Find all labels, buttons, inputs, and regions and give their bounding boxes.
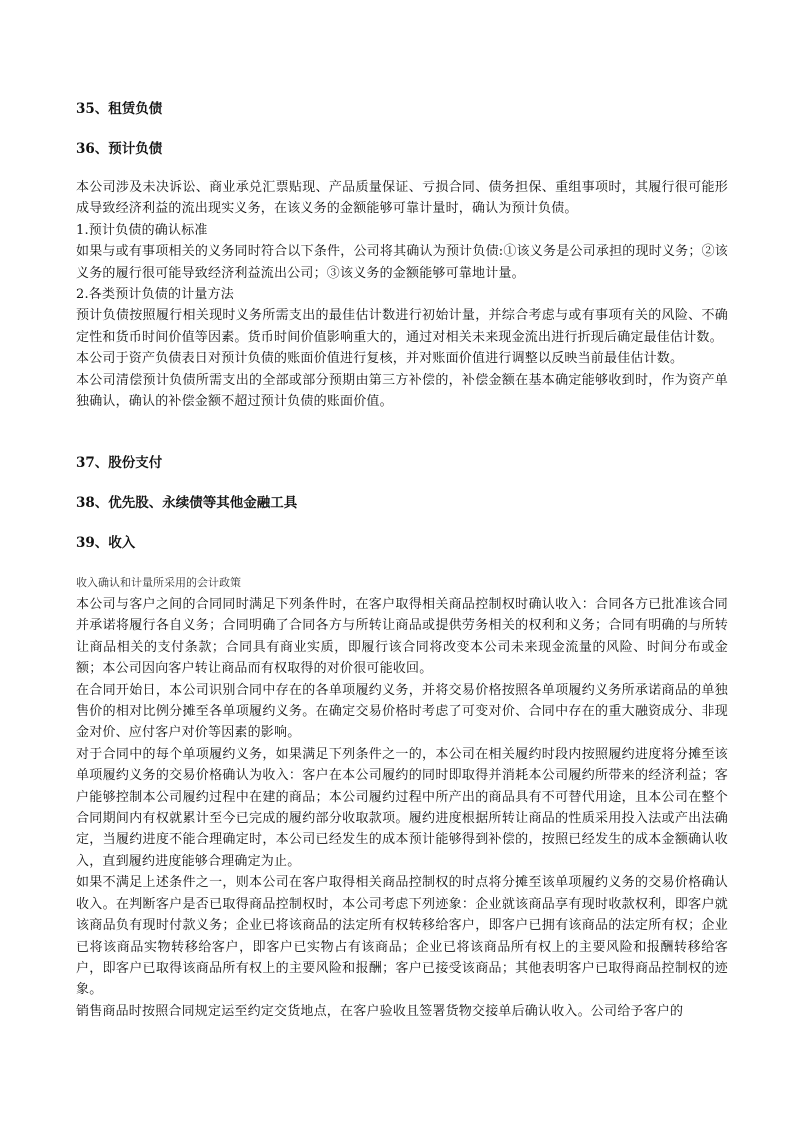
section-heading-38: 38、优先股、永续债等其他金融工具 [76,491,297,511]
section-heading-39: 39、收入 [76,531,135,551]
revenue-paragraph: 本公司与客户之间的合同同时满足下列条件时，在客户取得相关商品控制权时确认收入：合… [76,594,728,680]
provisions-paragraph: 本公司清偿预计负债所需支出的全部或部分预期由第三方补偿的，补偿金额在基本确定能够… [76,370,728,413]
revenue-paragraph: 如果不满足上述条件之一，则本公司在客户取得相关商品控制权的时点将分摊至该单项履约… [76,872,728,1000]
revenue-paragraph: 销售商品时按照合同规定运至约定交货地点，在客户验收且签署货物交接单后确认收入。公… [76,1001,728,1022]
section-heading-37: 37、股份支付 [76,451,162,471]
provisions-paragraph: 本公司于资产负债表日对预计负债的账面价值进行复核，并对账面价值进行调整以反映当前… [76,348,728,369]
provisions-paragraph: 本公司涉及未决诉讼、商业承兑汇票贴现、产品质量保证、亏损合同、债务担保、重组事项… [76,177,728,220]
revenue-policy-subtitle: 收入确认和计量所采用的会计政策 [76,574,241,590]
provisions-paragraph: 如果与或有事项相关的义务同时符合以下条件，公司将其确认为预计负债:①该义务是公司… [76,241,728,284]
provisions-paragraph: 预计负债按照履行相关现时义务所需支出的最佳估计数进行初始计量，并综合考虑与或有事… [76,305,728,348]
provisions-subheading: 1.预计负债的确认标准 [76,220,728,241]
section-heading-35: 35、租赁负债 [76,97,162,117]
section-heading-36: 36、预计负债 [76,137,162,157]
provisions-body: 本公司涉及未决诉讼、商业承兑汇票贴现、产品质量保证、亏损合同、债务担保、重组事项… [76,177,728,412]
revenue-paragraph: 在合同开始日，本公司识别合同中存在的各单项履约义务，并将交易价格按照各单项履约义… [76,680,728,744]
provisions-subheading: 2.各类预计负债的计量方法 [76,284,728,305]
revenue-paragraph: 对于合同中的每个单项履约义务，如果满足下列条件之一的，本公司在相关履约时段内按照… [76,744,728,872]
revenue-body: 本公司与客户之间的合同同时满足下列条件时，在客户取得相关商品控制权时确认收入：合… [76,594,728,1022]
